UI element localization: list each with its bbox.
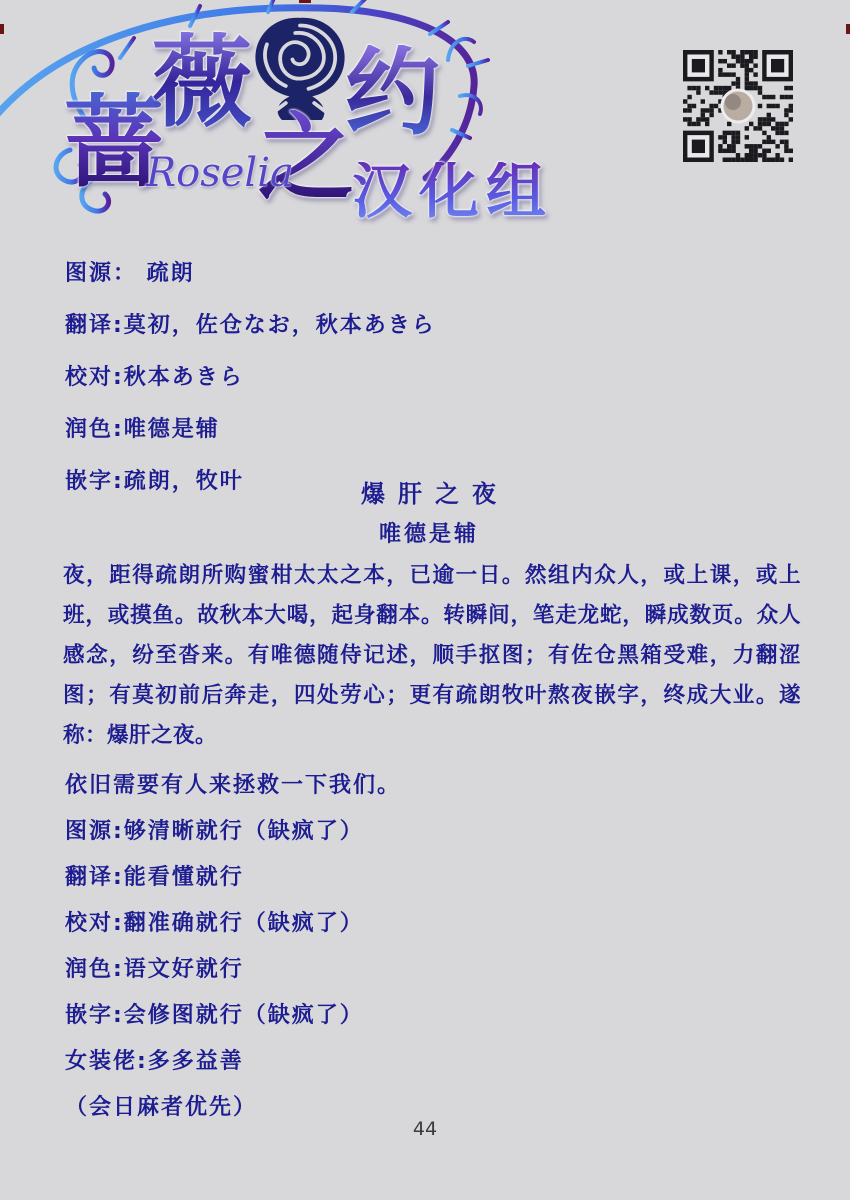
scan-artifact-right [846,24,850,34]
logo-script-roselia: Roselia [146,150,294,196]
recruit-intro: 依旧需要有人来拯救一下我们。 [65,768,705,814]
logo-char-yue: 约 [345,45,440,140]
recruit-line-translate: 翻译:能看懂就行 [65,860,705,906]
story-title: 爆肝之夜 [0,474,850,509]
story-paragraph: 夜，距得疏朗所购蜜柑太太之本，已逾一日。然组内众人，或上课，或上班，或摸鱼。故秋… [63,556,801,756]
group-logo: 蔷 薇 之 约 Roselia 汉化组 [0,0,580,250]
logo-char-wei: 薇 [152,32,252,132]
credit-line-source: 图源： 疏朗 [65,256,665,308]
credit-line-translate: 翻译:莫初，佐仓なお，秋本あきら [65,308,665,360]
qr-code [683,50,793,162]
recruit-line-crossdress: 女装佬:多多益善 [65,1044,705,1090]
recruit-list: 依旧需要有人来拯救一下我们。 图源:够清晰就行（缺疯了） 翻译:能看懂就行 校对… [65,768,705,1136]
page-number: 44 [0,1118,850,1140]
logo-group-suffix: 汉化组 [352,162,553,222]
recruit-line-proof: 校对:翻准确就行（缺疯了） [65,906,705,952]
recruit-line-polish: 润色:语文好就行 [65,952,705,998]
credit-line-polish: 润色:唯德是辅 [65,412,665,464]
credit-line-proof: 校对:秋本あきら [65,360,665,412]
recruit-line-typeset: 嵌字:会修图就行（缺疯了） [65,998,705,1044]
story-author: 唯德是辅 [0,517,850,548]
recruit-line-source: 图源:够清晰就行（缺疯了） [65,814,705,860]
